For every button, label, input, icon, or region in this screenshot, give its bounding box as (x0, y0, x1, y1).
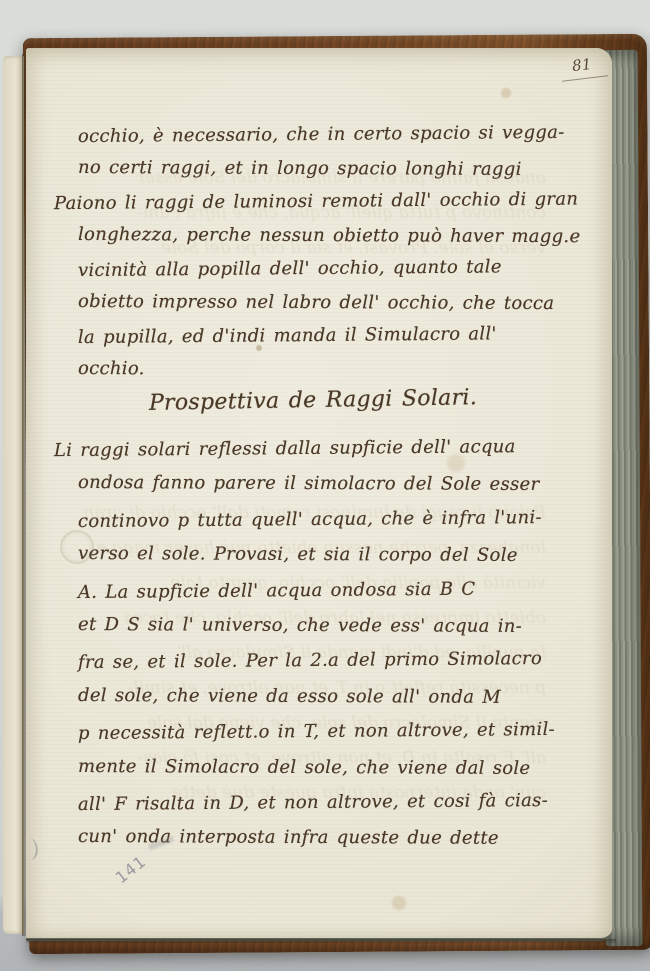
handwritten-line: occhio, è necessario, che in certo spaci… (78, 122, 548, 160)
blind-stamp-circle (60, 530, 94, 564)
handwritten-line: mente il Simolacro del sole, che viene d… (78, 755, 548, 792)
previous-page-edge (3, 56, 24, 934)
handwritten-line: Li raggi solari reflessi dalla supficie … (54, 436, 548, 476)
handwritten-line: p necessità reflett.o in T, et non altro… (78, 719, 548, 758)
pencil-margin-mark (19, 837, 40, 861)
handwritten-line: all' F risalta in D, et non altrove, et … (78, 790, 548, 829)
handwritten-line: la pupilla, ed d'indi manda il Simulacro… (78, 323, 548, 361)
handwritten-line: fra se, et il sole. Per la 2.a del primo… (78, 648, 548, 687)
page-number: 81 (571, 55, 592, 75)
handwritten-line: A. La supficie dell' acqua ondosa sia B … (78, 578, 548, 617)
handwritten-line: vicinità alla popilla dell' occhio, quan… (78, 256, 548, 294)
handwritten-line: longhezza, perche nessun obietto può hav… (78, 223, 548, 259)
handwritten-line: et D S sia l' universo, che vede ess' ac… (78, 614, 548, 651)
paragraph-2: Li raggi solari reflessi dalla supficie … (78, 438, 548, 863)
handwritten-line: no certi raggi, et in longo spacio longh… (78, 156, 548, 192)
manuscript-photo: ondosa fanno parere il simolacro del Sol… (0, 0, 650, 971)
handwritten-line: del sole, che viene da esso sole all' on… (78, 685, 548, 722)
handwritten-line: ondosa fanno parere il simolacro del Sol… (78, 472, 548, 509)
page-bottom-shadow (26, 939, 616, 944)
handwritten-line: obietto impresso nel labro dell' occhio,… (78, 290, 548, 326)
handwritten-line: verso el sole. Provasi, et sia il corpo … (78, 543, 548, 580)
handwritten-line: continovo p tutta quell' acqua, che è in… (78, 507, 548, 546)
page-number-underline (562, 75, 608, 82)
manuscript-page: ondosa fanno parere il simolacro del Sol… (26, 48, 612, 941)
handwritten-line: Paiono li raggi de luminosi remoti dall'… (54, 189, 548, 227)
paragraph-1: occhio, è necessario, che in certo spaci… (78, 124, 548, 392)
